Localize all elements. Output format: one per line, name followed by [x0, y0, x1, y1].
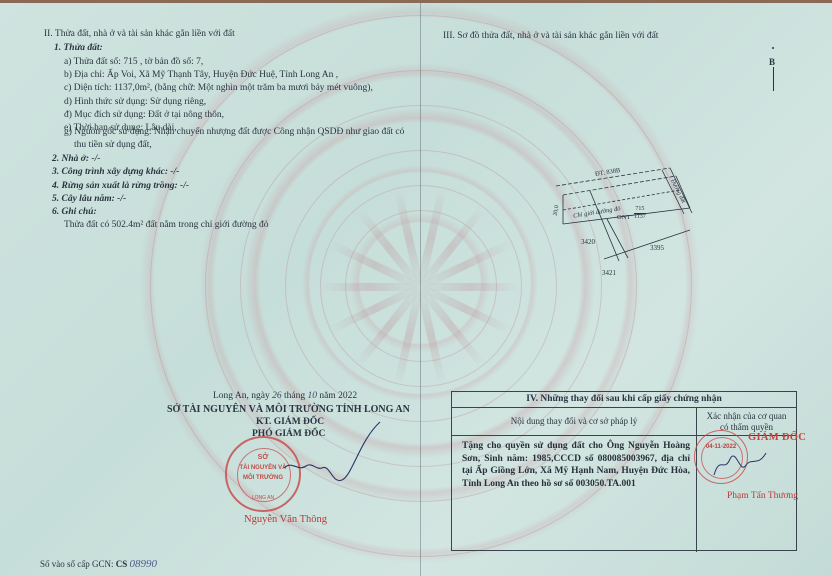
parcel-area: 1137: [634, 214, 646, 221]
parcel-fraction: 715 1137: [634, 206, 646, 221]
confirm-title: GIÁM ĐỐC: [748, 431, 806, 444]
neighbor-parcel: 3421: [602, 267, 616, 280]
entry-content: Tặng cho quyền sử dụng đất cho Ông Nguyễ…: [452, 436, 697, 552]
confirm-signature-icon: [710, 445, 770, 485]
width-label: 20,0: [550, 204, 565, 217]
header-confirm-line1: Xác nhận của cơ quan: [697, 411, 796, 422]
changes-header-row: Nội dung thay đổi và cơ sở pháp lý Xác n…: [452, 408, 796, 436]
neighbor-parcel: 3420: [581, 236, 595, 249]
parcel-code: ONT: [617, 211, 630, 224]
header-content: Nội dung thay đổi và cơ sở pháp lý: [452, 408, 697, 435]
changes-title: IV. Những thay đổi sau khi cấp giấy chứn…: [452, 392, 796, 408]
neighbor-parcel: 3395: [650, 242, 664, 255]
confirm-signer: Phạm Tấn Thương: [727, 490, 798, 503]
parcel-number: 715: [634, 206, 646, 214]
